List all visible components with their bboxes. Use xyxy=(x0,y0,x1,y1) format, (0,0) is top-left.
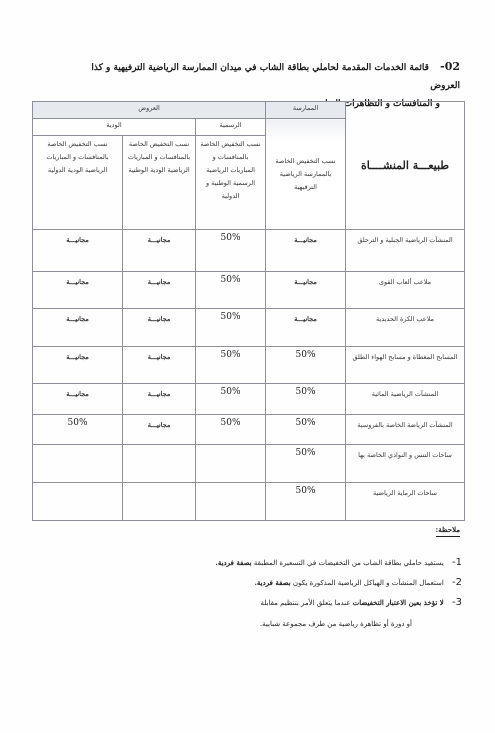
practice-cell: 50% xyxy=(266,483,346,521)
practice-cell: مجانيـــة xyxy=(266,272,346,309)
facility-cell: المنشآت الرياضية الجبلية و الترحلق xyxy=(346,230,465,272)
practice-group-header: الممارسة xyxy=(266,102,346,119)
friendly-international-cell: 50% xyxy=(33,415,123,445)
friendly-subheader: الودية xyxy=(33,119,196,136)
friendly-national-cell xyxy=(123,483,196,521)
discount-table: طبيعـــة المنشــــاة الممارسة العروض نسب… xyxy=(32,101,465,521)
friendly-national-cell: مجانيـــة xyxy=(123,309,196,347)
practice-cell: 50% xyxy=(266,384,346,415)
friendly-national-cell: مجانيـــة xyxy=(123,230,196,272)
table-row: المنشآت الرياضية الجبلية و الترحلق مجاني… xyxy=(33,230,465,272)
shows-group-header: العروض xyxy=(33,102,266,119)
friendly-international-cell xyxy=(33,483,123,521)
table-row: المسابح المغطاة و مسابح الهواء الطلق 50%… xyxy=(33,347,465,384)
friendly-international-cell xyxy=(33,445,123,483)
friendly-national-cell: مجانيـــة xyxy=(123,384,196,415)
note-item-1: 1- يستفيد حاملي بطاقة الشاب من التخفيضات… xyxy=(132,553,462,573)
friendly-national-desc-header: نسب التخفيض الخاصة بالمنافسات و المباريا… xyxy=(123,136,196,230)
facility-type-header: طبيعـــة المنشــــاة xyxy=(346,102,465,230)
note-item-3: 3- لا تؤخذ بعين الاعتبار التخفيضات عندما… xyxy=(132,593,462,613)
official-cell: 50% xyxy=(196,384,266,415)
official-cell: 50% xyxy=(196,347,266,384)
official-subheader: الرسمية xyxy=(196,119,266,136)
table-row: ملاعب ألعاب القوى مجانيـــة 50% مجانيـــ… xyxy=(33,272,465,309)
note-item-3-continuation: أو دورة أو تظاهرة رياضية من طرف مجموعة ش… xyxy=(132,613,462,635)
practice-cell: مجانيـــة xyxy=(266,230,346,272)
notes-section: ملاحظة: 1- يستفيد حاملي بطاقة الشاب من ا… xyxy=(132,524,462,635)
notes-title: ملاحظة: xyxy=(436,524,460,537)
friendly-national-cell: مجانيـــة xyxy=(123,347,196,384)
facility-cell: المنشآت الرياضية المائية xyxy=(346,384,465,415)
friendly-national-cell: مجانيـــة xyxy=(123,272,196,309)
official-cell: 50% xyxy=(196,272,266,309)
table-row: المنشآت الرياضية المائية 50% 50% مجانيــ… xyxy=(33,384,465,415)
heading-line-1: قائمة الخدمات المقدمة لحاملي بطاقة الشاب… xyxy=(91,63,460,91)
facility-cell: ساحات التنس و النوادي الخاصة بها xyxy=(346,445,465,483)
table-row: ملاعب الكرة الحديدية مجانيـــة 50% مجاني… xyxy=(33,309,465,347)
official-cell xyxy=(196,483,266,521)
facility-cell: ساحات الرماية الرياضية xyxy=(346,483,465,521)
facility-cell: ملاعب ألعاب القوى xyxy=(346,272,465,309)
practice-cell: 50% xyxy=(266,415,346,445)
official-cell: 50% xyxy=(196,415,266,445)
practice-cell: مجانيـــة xyxy=(266,309,346,347)
section-number: 02- xyxy=(440,60,460,73)
table-row: ساحات التنس و النوادي الخاصة بها 50% xyxy=(33,445,465,483)
facility-cell: ملاعب الكرة الحديدية xyxy=(346,309,465,347)
practice-cell: 50% xyxy=(266,347,346,384)
official-desc-header: نسب التخفيض الخاصة بالمنافسات و المباريا… xyxy=(196,136,266,230)
friendly-national-cell xyxy=(123,445,196,483)
practice-desc-header: نسب التخفيض الخاصة بالممارسة الرياضية ال… xyxy=(266,119,346,230)
friendly-international-cell: مجانيـــة xyxy=(33,272,123,309)
friendly-international-cell: مجانيـــة xyxy=(33,309,123,347)
official-cell: 50% xyxy=(196,309,266,347)
friendly-international-cell: مجانيـــة xyxy=(33,384,123,415)
official-cell: 50% xyxy=(196,230,266,272)
friendly-national-cell: مجانيـــة xyxy=(123,415,196,445)
official-cell xyxy=(196,445,266,483)
facility-cell: المسابح المغطاة و مسابح الهواء الطلق xyxy=(346,347,465,384)
note-item-2: 2- استعمال المنشآت و الهياكل الرياضية ال… xyxy=(132,573,462,593)
practice-cell: 50% xyxy=(266,445,346,483)
table-row: ساحات الرماية الرياضية 50% xyxy=(33,483,465,521)
friendly-international-cell: مجانيـــة xyxy=(33,347,123,384)
friendly-international-cell: مجانيـــة xyxy=(33,230,123,272)
facility-cell: المنشآت الرياضة الخاصة بالفروسية xyxy=(346,415,465,445)
friendly-international-desc-header: نسب التخفيض الخاصة بالمنافسات و المباريا… xyxy=(33,136,123,230)
table-row: المنشآت الرياضة الخاصة بالفروسية 50% 50%… xyxy=(33,415,465,445)
